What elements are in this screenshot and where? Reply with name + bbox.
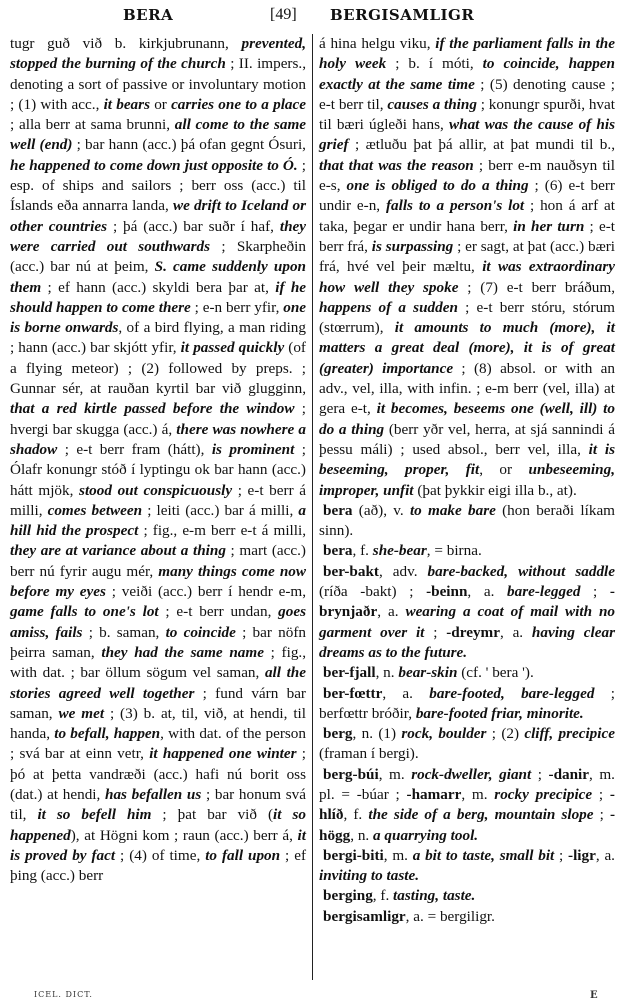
entry-text: ;	[531, 766, 548, 783]
entry-text: , = birna.	[427, 542, 482, 559]
translation: it bears	[104, 96, 150, 113]
translation: bare-footed, bare-legged	[429, 685, 594, 702]
entry-text: or	[150, 96, 171, 113]
dictionary-entry: bergisamligr, a. = bergiligr.	[319, 907, 615, 927]
entry-text: , f.	[343, 806, 368, 823]
dictionary-entry: ber-bakt, adv. bare-backed, without sadd…	[319, 562, 615, 663]
signature-letter: E	[590, 990, 598, 998]
translation: the side of a berg, mountain slope	[368, 806, 593, 823]
signature-mark: ICEL. DICT.	[34, 990, 93, 998]
page-number: [49]	[270, 6, 297, 24]
translation: that a red kirtle passed before the wind…	[10, 400, 295, 417]
translation: rock-dweller, giant	[411, 766, 531, 783]
translation: he happened to come down just opposite t…	[10, 157, 298, 174]
headword: berg	[323, 725, 353, 742]
entry-text: , m.	[379, 766, 411, 783]
dictionary-entry: berg-búi, m. rock-dweller, giant ; -dani…	[319, 765, 615, 846]
translation: game falls to one's lot	[10, 603, 159, 620]
entry-text: ;	[580, 583, 610, 600]
translation: is prominent	[212, 441, 295, 458]
entry-continuation: á hina helgu viku, if the parliament fal…	[319, 34, 615, 501]
translation: cliff, precipice	[524, 725, 615, 742]
left-headword: BERA	[123, 6, 173, 24]
translation: bare-backed, without saddle	[428, 563, 615, 580]
entry-text: ; veiði (acc.) berr í hendr e-m,	[106, 583, 306, 600]
entry-text: ; (7) e-t berr bráðum,	[458, 279, 615, 296]
headword: bergisamligr	[323, 908, 406, 925]
translation: carries one to a place	[171, 96, 306, 113]
translation: she-bear	[373, 542, 427, 559]
entry-text: ;	[594, 806, 610, 823]
entry-text: ; þat bar við (	[151, 806, 273, 823]
entry-text: , a.	[382, 685, 429, 702]
entry-text: , a.	[500, 624, 532, 641]
entry-text: ; e-n berr yfir,	[191, 299, 283, 316]
entry-text: , f.	[353, 542, 373, 559]
entry-text: , or	[479, 461, 528, 478]
dictionary-entry: ber-fjall, n. bear-skin (cf. ' bera ').	[319, 663, 615, 683]
translation: it passed quickly	[181, 339, 285, 356]
headword: berging	[323, 887, 373, 904]
entry-text: ; bar hann (acc.) þá ofan gegnt Ósuri,	[72, 136, 306, 153]
translation: bear-skin	[398, 664, 457, 681]
entry-text: , n. (1)	[353, 725, 402, 742]
entry-text: ; b. saman,	[82, 624, 165, 641]
headword: -ligr	[568, 847, 596, 864]
entry-text: ; (4) of time,	[115, 847, 205, 864]
entry-text: (að), v.	[353, 502, 410, 519]
dictionary-entry: berging, f. tasting, taste.	[319, 886, 615, 906]
translation: a quarrying tool.	[373, 827, 478, 844]
dictionary-entry: bergi-biti, m. a bit to taste, small bit…	[319, 846, 615, 887]
entry-text: , f.	[373, 887, 393, 904]
entry-text: (þat þykkir eigi illa b., at).	[414, 482, 577, 499]
translation: bare-footed friar, minorite.	[416, 705, 584, 722]
dictionary-entry: berg, n. (1) rock, boulder ; (2) cliff, …	[319, 724, 615, 765]
running-header: BERA [49] BERGISAMLIGR	[0, 6, 625, 26]
dictionary-entry: bera, f. she-bear, = birna.	[319, 541, 615, 561]
headword: bera	[323, 542, 353, 559]
translation: it so befell him	[37, 806, 151, 823]
entry-text: ; e-t berr undan,	[159, 603, 279, 620]
entry-text: ), at Högni kom ; raun (acc.) berr á,	[71, 827, 298, 844]
headword: -hamarr	[407, 786, 462, 803]
translation: stood out conspicuously	[79, 482, 232, 499]
entry-text: (ríða -bakt) ;	[319, 583, 426, 600]
entry-text: ; alla berr at sama brunni,	[10, 116, 175, 133]
entry-text: , a.	[377, 603, 405, 620]
entry-text: ; þá (acc.) bar suðr í haf,	[107, 218, 280, 235]
headword: -danir	[549, 766, 590, 783]
right-column: á hina helgu viku, if the parliament fal…	[319, 34, 615, 927]
headword: bergi-biti	[323, 847, 384, 864]
entry-text: , a.	[467, 583, 507, 600]
entry-text: ; e-t berr fram (hátt),	[57, 441, 212, 458]
headword: -beinn	[426, 583, 467, 600]
translation: inviting to taste.	[319, 867, 419, 884]
entry-text: ;	[554, 847, 568, 864]
translation: it happened one winter	[149, 745, 296, 762]
translation: rock, boulder	[401, 725, 486, 742]
entry-continuation: tugr guð við b. kirkjubrunann, prevented…	[10, 34, 306, 886]
translation: comes between	[48, 502, 143, 519]
entry-text: tugr guð við b. kirkjubrunann,	[10, 35, 241, 52]
translation: to coincide	[166, 624, 236, 641]
translation: we met	[59, 705, 105, 722]
headword: berg-búi	[323, 766, 379, 783]
entry-text: á hina helgu viku,	[319, 35, 435, 52]
entry-text: , n.	[376, 664, 399, 681]
entry-text: (cf. ' bera ').	[457, 664, 533, 681]
translation: to make bare	[410, 502, 496, 519]
translation: they had the same name	[101, 644, 264, 661]
entry-text: , a.	[596, 847, 615, 864]
entry-text: ; ætluðu þat þá allir, at þat mundi til …	[349, 136, 615, 153]
entry-text: (framan í bergi).	[319, 745, 419, 762]
entry-text: , n.	[350, 827, 373, 844]
headword: ber-fœttr	[323, 685, 382, 702]
right-headword: BERGISAMLIGR	[330, 6, 474, 24]
translation: that that was the reason	[319, 157, 474, 174]
translation: has befallen us	[105, 786, 201, 803]
translation: happens of a sudden	[319, 299, 458, 316]
translation: to fall upon	[205, 847, 280, 864]
entry-text: ; fig., e-m berr e-t á milli,	[138, 522, 306, 539]
left-column: tugr guð við b. kirkjubrunann, prevented…	[10, 34, 306, 886]
entry-text: ; leiti (acc.) bar á milli,	[142, 502, 298, 519]
translation: is surpassing	[372, 238, 454, 255]
headword: bera	[323, 502, 353, 519]
entry-text: , adv.	[379, 563, 428, 580]
entry-text: , m.	[384, 847, 413, 864]
translation: in her turn	[513, 218, 584, 235]
entry-text: ;	[592, 786, 610, 803]
translation: causes a thing	[387, 96, 477, 113]
entry-text: ; b. í móti,	[386, 55, 482, 72]
translation: bare-legged	[507, 583, 580, 600]
entry-text: ; (2)	[486, 725, 524, 742]
translation: rocky precipice	[494, 786, 592, 803]
translation: one is obliged to do a thing	[347, 177, 529, 194]
translation: they are at variance about a thing	[10, 542, 226, 559]
translation: falls to a person's lot	[386, 197, 524, 214]
entry-text: , a. = bergiligr.	[406, 908, 495, 925]
headword: ber-bakt	[323, 563, 379, 580]
translation: to befall, happen	[54, 725, 160, 742]
headword: ber-fjall	[323, 664, 376, 681]
column-divider	[312, 34, 313, 980]
entry-text: , m.	[461, 786, 494, 803]
translation: tasting, taste.	[393, 887, 475, 904]
headword: -dreymr	[446, 624, 500, 641]
dictionary-entry: ber-fœttr, a. bare-footed, bare-legged ;…	[319, 684, 615, 725]
entry-text: ; ef hann (acc.) skyldi bera þar at,	[41, 279, 275, 296]
dictionary-entry: bera (að), v. to make bare (hon beraði l…	[319, 501, 615, 542]
translation: a bit to taste, small bit	[413, 847, 555, 864]
entry-text: ;	[424, 624, 446, 641]
